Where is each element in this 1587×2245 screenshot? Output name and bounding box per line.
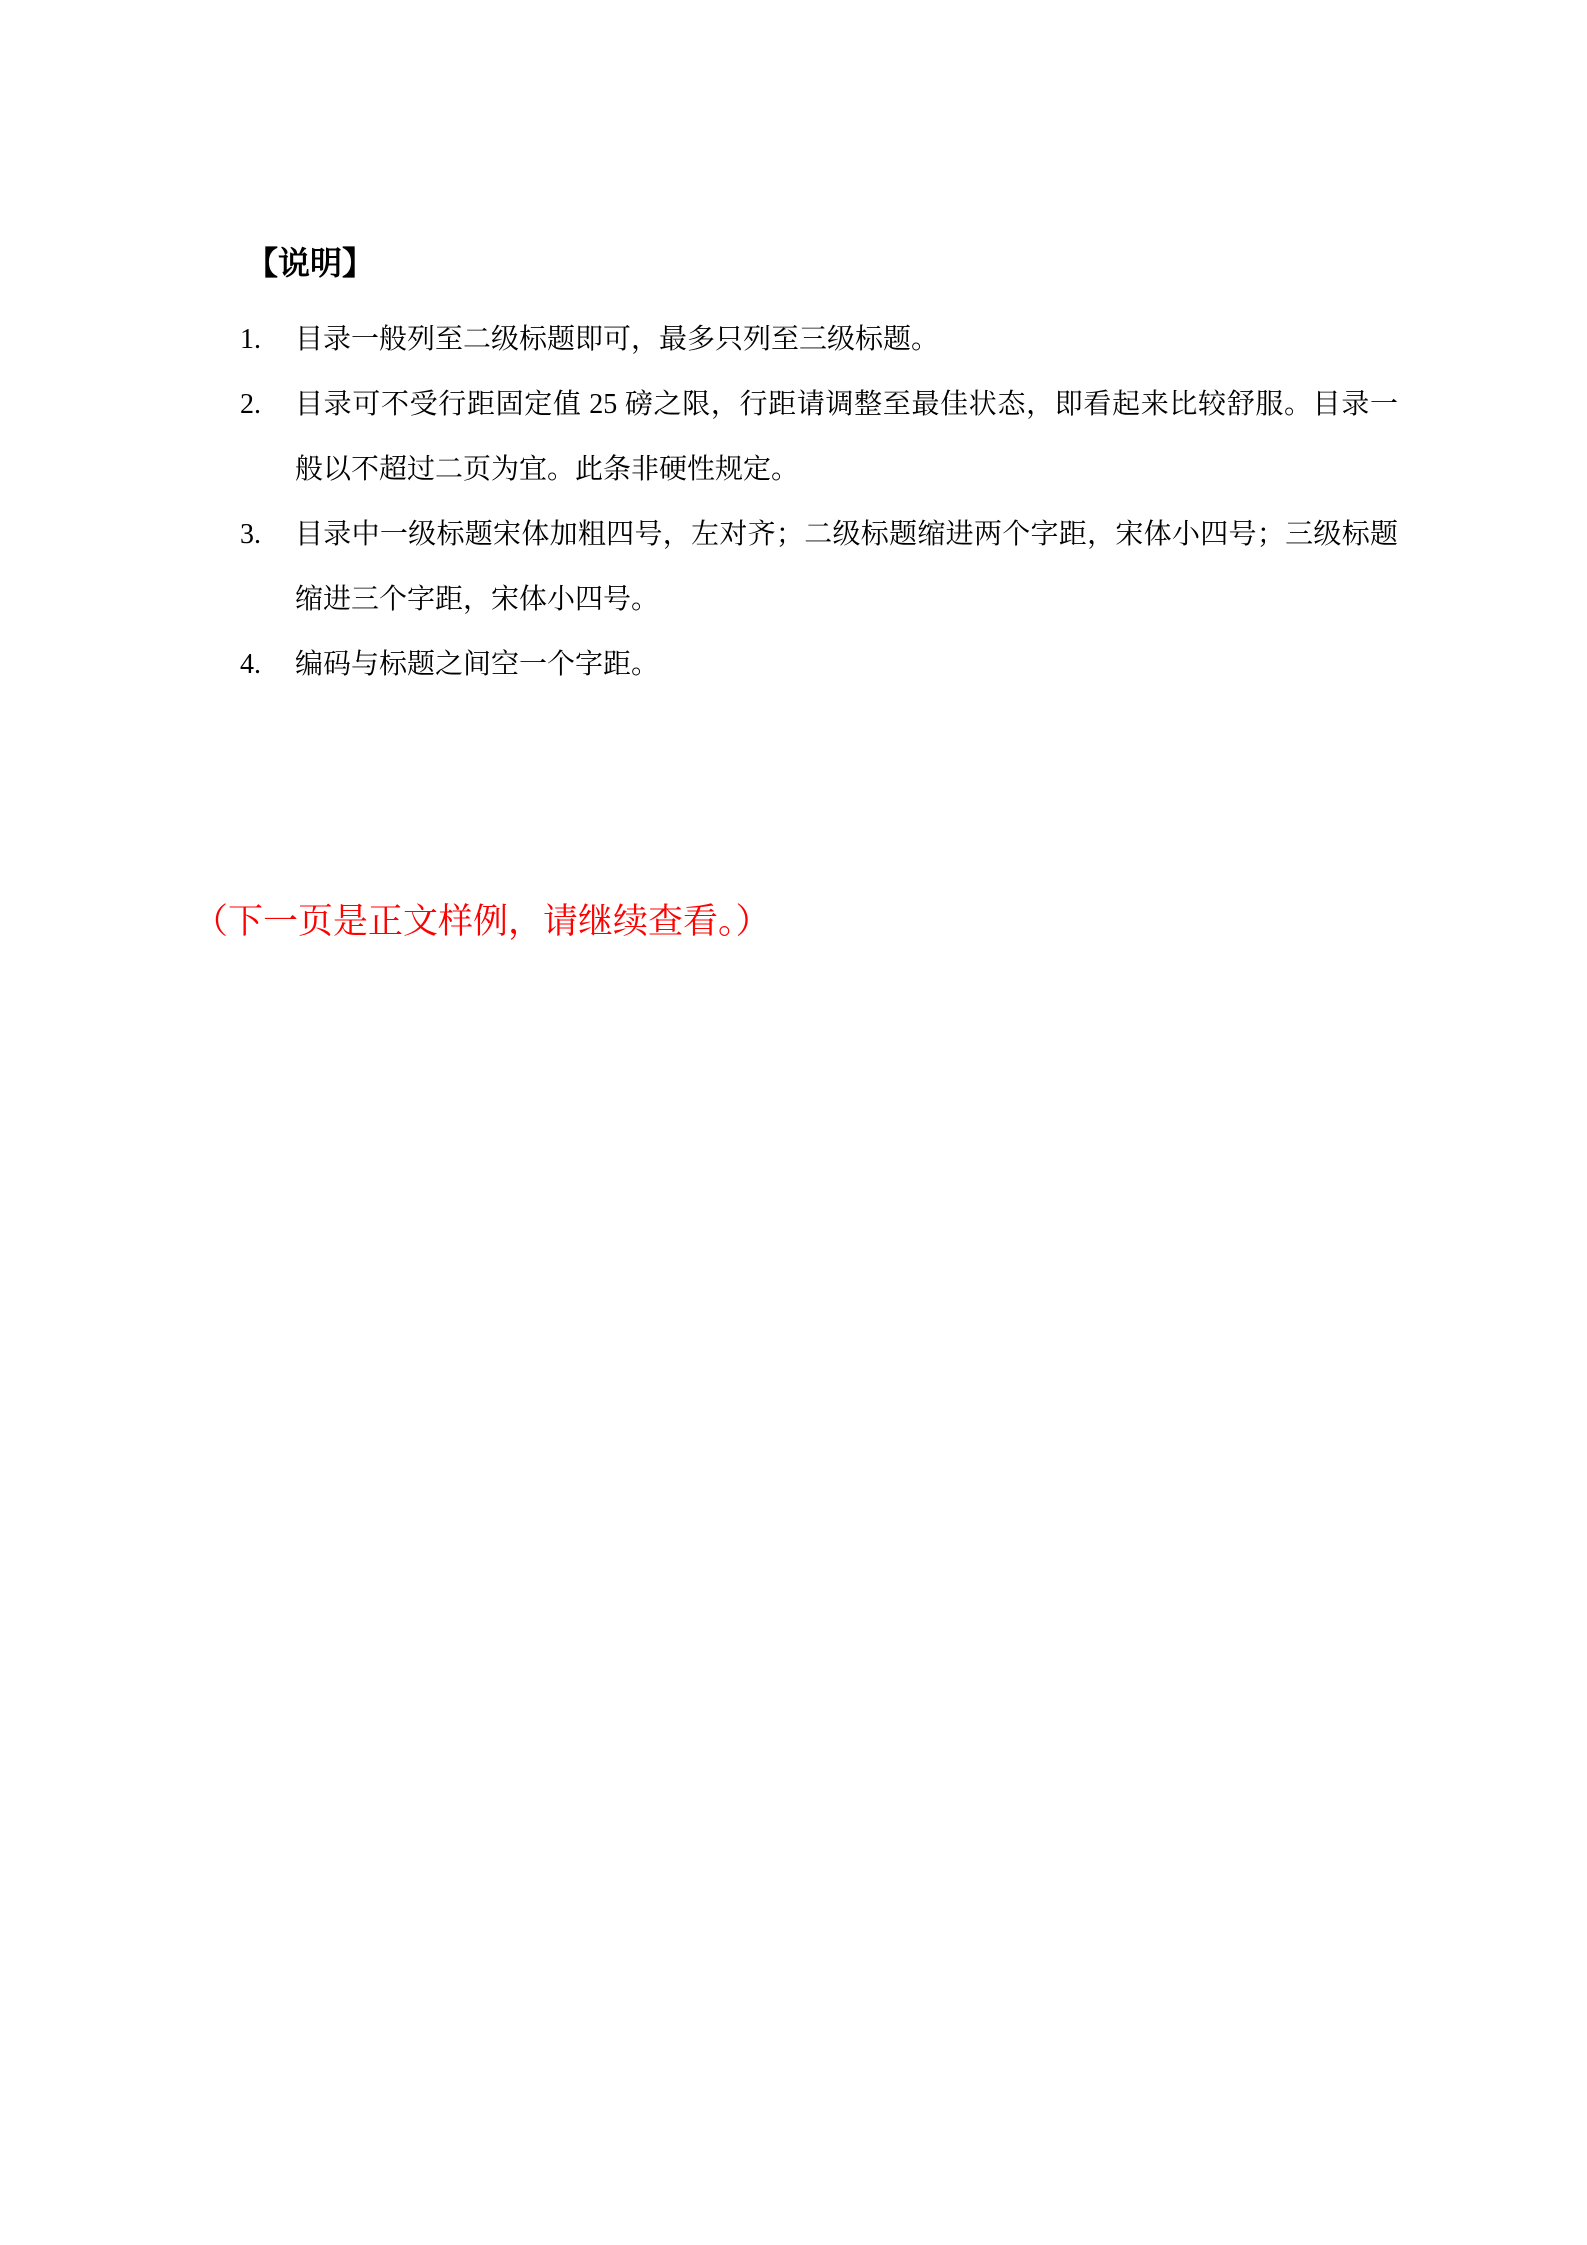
list-item-text: 目录可不受行距固定值 25 磅之限，行距请调整至最佳状态，即看起来比较舒服。目录…: [295, 372, 1398, 502]
list-item: 3. 目录中一级标题宋体加粗四号，左对齐；二级标题缩进两个字距，宋体小四号；三级…: [240, 502, 1398, 632]
list-item-text: 目录一般列至二级标题即可，最多只列至三级标题。: [295, 307, 1398, 372]
list-item-text: 编码与标题之间空一个字距。: [295, 632, 1398, 697]
page-title: 【说明】: [246, 244, 374, 282]
list-item: 4. 编码与标题之间空一个字距。: [240, 632, 1398, 697]
next-page-note: （下一页是正文样例，请继续查看。）: [193, 899, 771, 945]
list-item-number: 3.: [240, 502, 295, 567]
list-item: 2. 目录可不受行距固定值 25 磅之限，行距请调整至最佳状态，即看起来比较舒服…: [240, 372, 1398, 502]
list-item: 1. 目录一般列至二级标题即可，最多只列至三级标题。: [240, 307, 1398, 372]
list-item-number: 1.: [240, 307, 295, 372]
list-item-text: 目录中一级标题宋体加粗四号，左对齐；二级标题缩进两个字距，宋体小四号；三级标题缩…: [295, 502, 1398, 632]
notes-list: 1. 目录一般列至二级标题即可，最多只列至三级标题。 2. 目录可不受行距固定值…: [240, 307, 1398, 697]
list-item-number: 4.: [240, 632, 295, 697]
list-item-number: 2.: [240, 372, 295, 437]
document-page: 【说明】 1. 目录一般列至二级标题即可，最多只列至三级标题。 2. 目录可不受…: [0, 0, 1587, 2245]
